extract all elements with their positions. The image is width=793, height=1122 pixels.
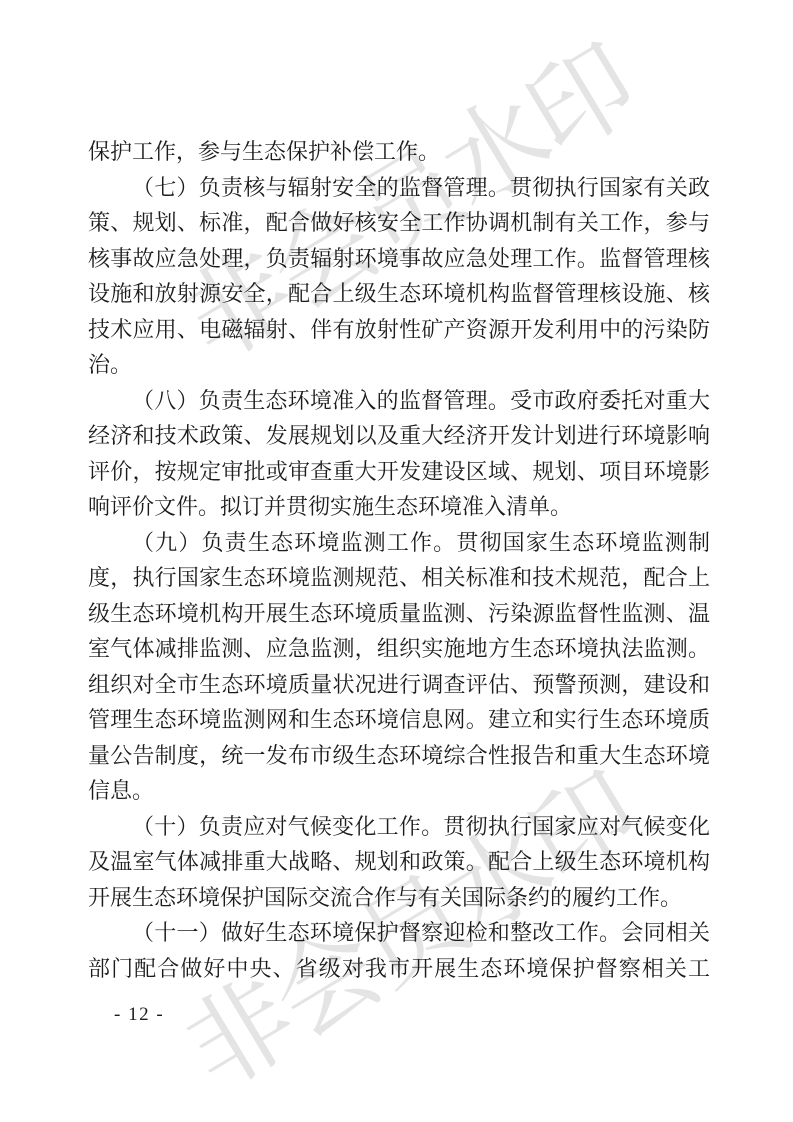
document-body: 保护工作，参与生态保护补偿工作。（七）负责核与辐射安全的监督管理。贯彻执行国家有… (88, 134, 710, 986)
text-line: 保护工作，参与生态保护补偿工作。 (88, 134, 710, 170)
text-line: 部门配合做好中央、省级对我市开展生态环境保护督察相关工 (88, 951, 710, 987)
text-line: （十）负责应对气候变化工作。贯彻执行国家应对气候变化 (88, 809, 710, 845)
text-line: 评价，按规定审批或审查重大开发建设区域、规划、项目环境影 (88, 454, 710, 490)
text-line: 量公告制度，统一发布市级生态环境综合性报告和重大生态环境 (88, 738, 710, 774)
text-line: 组织对全市生态环境质量状况进行调查评估、预警预测，建设和 (88, 667, 710, 703)
text-line: （八）负责生态环境准入的监督管理。受市政府委托对重大 (88, 383, 710, 419)
text-line: 管理生态环境监测网和生态环境信息网。建立和实行生态环境质 (88, 702, 710, 738)
text-line: 经济和技术政策、发展规划以及重大经济开发计划进行环境影响 (88, 418, 710, 454)
text-line: （九）负责生态环境监测工作。贯彻国家生态环境监测制 (88, 525, 710, 561)
text-line: 策、规划、标准，配合做好核安全工作协调机制有关工作，参与 (88, 205, 710, 241)
page-number: - 12 - (114, 1004, 164, 1026)
text-line: 信息。 (88, 773, 710, 809)
text-line: 室气体减排监测、应急监测，组织实施地方生态环境执法监测。 (88, 631, 710, 667)
text-line: （七）负责核与辐射安全的监督管理。贯彻执行国家有关政 (88, 170, 710, 206)
text-line: 设施和放射源安全，配合上级生态环境机构监督管理核设施、核 (88, 276, 710, 312)
text-line: 治。 (88, 347, 710, 383)
text-line: 级生态环境机构开展生态环境质量监测、污染源监督性监测、温 (88, 596, 710, 632)
text-line: 核事故应急处理，负责辐射环境事故应急处理工作。监督管理核 (88, 241, 710, 277)
text-line: 技术应用、电磁辐射、伴有放射性矿产资源开发利用中的污染防 (88, 312, 710, 348)
text-line: 开展生态环境保护国际交流合作与有关国际条约的履约工作。 (88, 880, 710, 916)
text-line: （十一）做好生态环境保护督察迎检和整改工作。会同相关 (88, 915, 710, 951)
text-line: 及温室气体减排重大战略、规划和政策。配合上级生态环境机构 (88, 844, 710, 880)
text-line: 度，执行国家生态环境监测规范、相关标准和技术规范，配合上 (88, 560, 710, 596)
text-line: 响评价文件。拟订并贯彻实施生态环境准入清单。 (88, 489, 710, 525)
